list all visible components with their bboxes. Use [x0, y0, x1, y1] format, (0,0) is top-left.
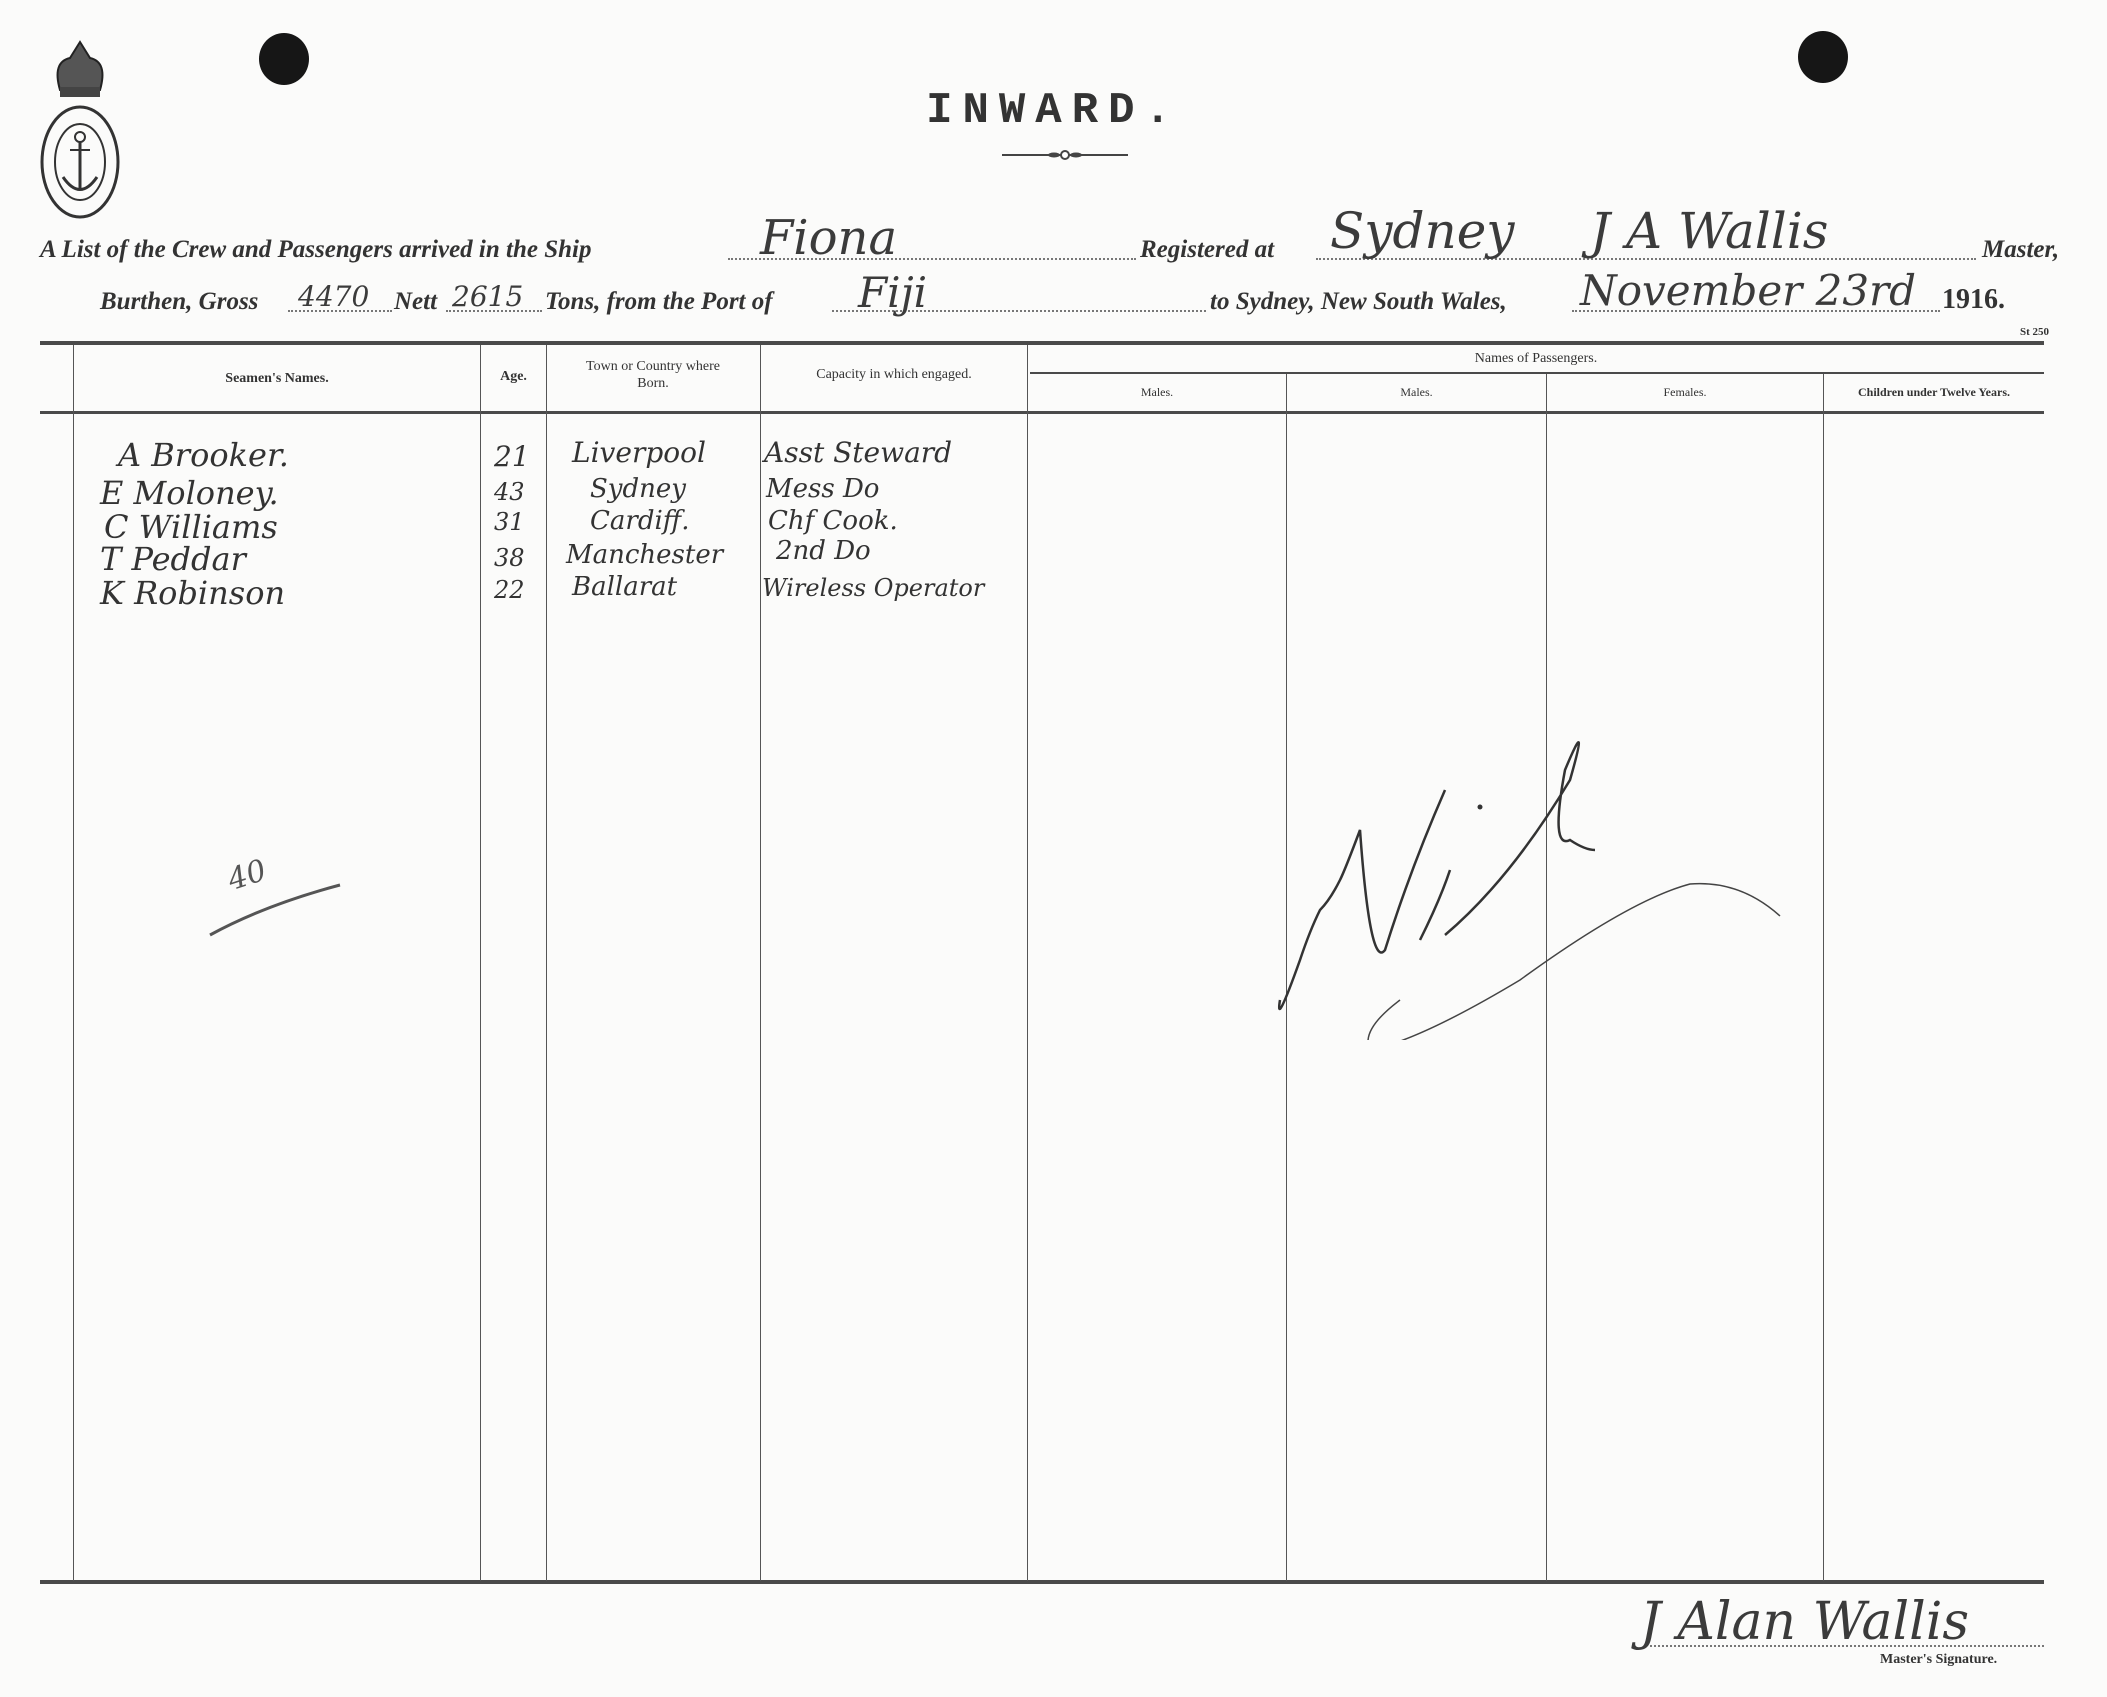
seaman-age: 22 — [494, 576, 525, 604]
header-females: Females. — [1547, 384, 1823, 401]
seaman-born: Sydney — [590, 474, 686, 504]
seaman-name: K Robinson — [100, 574, 285, 612]
registered-label: Registered at — [1140, 236, 1274, 264]
nett-label: Nett — [394, 288, 437, 316]
col-line-capacity — [760, 345, 761, 1581]
burthen-label: Burthen, Gross — [100, 288, 258, 316]
registered-at-value: Sydney — [1330, 202, 1515, 260]
from-port-value: Fiji — [858, 268, 927, 317]
nil-handwritten-mark — [1270, 700, 1790, 1040]
seaman-born: Liverpool — [572, 436, 706, 469]
header-capacity: Capacity in which engaged. — [761, 366, 1027, 383]
header-town-born: Town or Country where Born. — [580, 358, 726, 392]
punch-hole-right — [1798, 31, 1848, 83]
seaman-name: E Moloney. — [100, 474, 279, 512]
page-title: INWARD. — [0, 86, 2107, 136]
annotation-pencil-stroke — [205, 880, 345, 940]
header-passengers-group: Names of Passengers. — [1028, 350, 2044, 367]
seaman-age: 43 — [494, 478, 525, 506]
seaman-capacity: Mess Do — [766, 474, 879, 504]
form-number: St 250 — [2020, 326, 2049, 338]
master-label: Master, — [1982, 236, 2059, 264]
seaman-capacity: Wireless Operator — [762, 574, 984, 602]
title-ornament-divider — [1002, 150, 1128, 160]
seaman-age: 31 — [494, 508, 525, 536]
col-line-passengers — [1027, 345, 1028, 1581]
arrival-year: 1916. — [1942, 284, 2005, 316]
header-males-1: Males. — [1028, 384, 1286, 401]
header-bottom-rule — [40, 411, 2044, 414]
master-signature: J Alan Wallis — [1640, 1592, 1969, 1652]
col-line-town — [546, 345, 547, 1581]
seaman-capacity: 2nd Do — [776, 536, 871, 566]
seaman-age: 21 — [494, 440, 530, 473]
ship-name-value: Fiona — [760, 210, 897, 266]
arrival-date-value: November 23rd — [1580, 266, 1916, 315]
col-line-children — [1823, 374, 1824, 1581]
nett-tons-value: 2615 — [452, 280, 523, 313]
header-children: Children under Twelve Years. — [1824, 384, 2044, 401]
seaman-age: 38 — [494, 544, 525, 572]
passengers-subheader-rule — [1030, 372, 2044, 374]
header-age: Age. — [481, 368, 546, 385]
seaman-capacity: Chf Cook. — [768, 506, 898, 536]
crew-list-prefix: A List of the Crew and Passengers arrive… — [40, 236, 591, 264]
col-line-age — [480, 345, 481, 1581]
seaman-born: Cardiff. — [590, 506, 689, 536]
gross-tons-value: 4470 — [298, 280, 369, 313]
seaman-born: Ballarat — [572, 572, 677, 602]
table-top-rule — [40, 341, 2044, 345]
seaman-born: Manchester — [566, 540, 723, 570]
signature-label: Master's Signature. — [1880, 1652, 1997, 1668]
seaman-name: A Brooker. — [118, 436, 289, 474]
tons-from-port-label: Tons, from the Port of — [545, 288, 773, 316]
header-seamen-names: Seamen's Names. — [74, 370, 480, 387]
seaman-capacity: Asst Steward — [764, 436, 952, 469]
table-bottom-rule — [40, 1580, 2044, 1584]
destination-label: to Sydney, New South Wales, — [1210, 288, 1507, 316]
punch-hole-left — [259, 33, 309, 85]
header-males-2: Males. — [1287, 384, 1546, 401]
master-name-value: J A Wallis — [1590, 202, 1828, 260]
seaman-name: T Peddar — [100, 540, 246, 578]
col-line-left — [73, 345, 74, 1581]
